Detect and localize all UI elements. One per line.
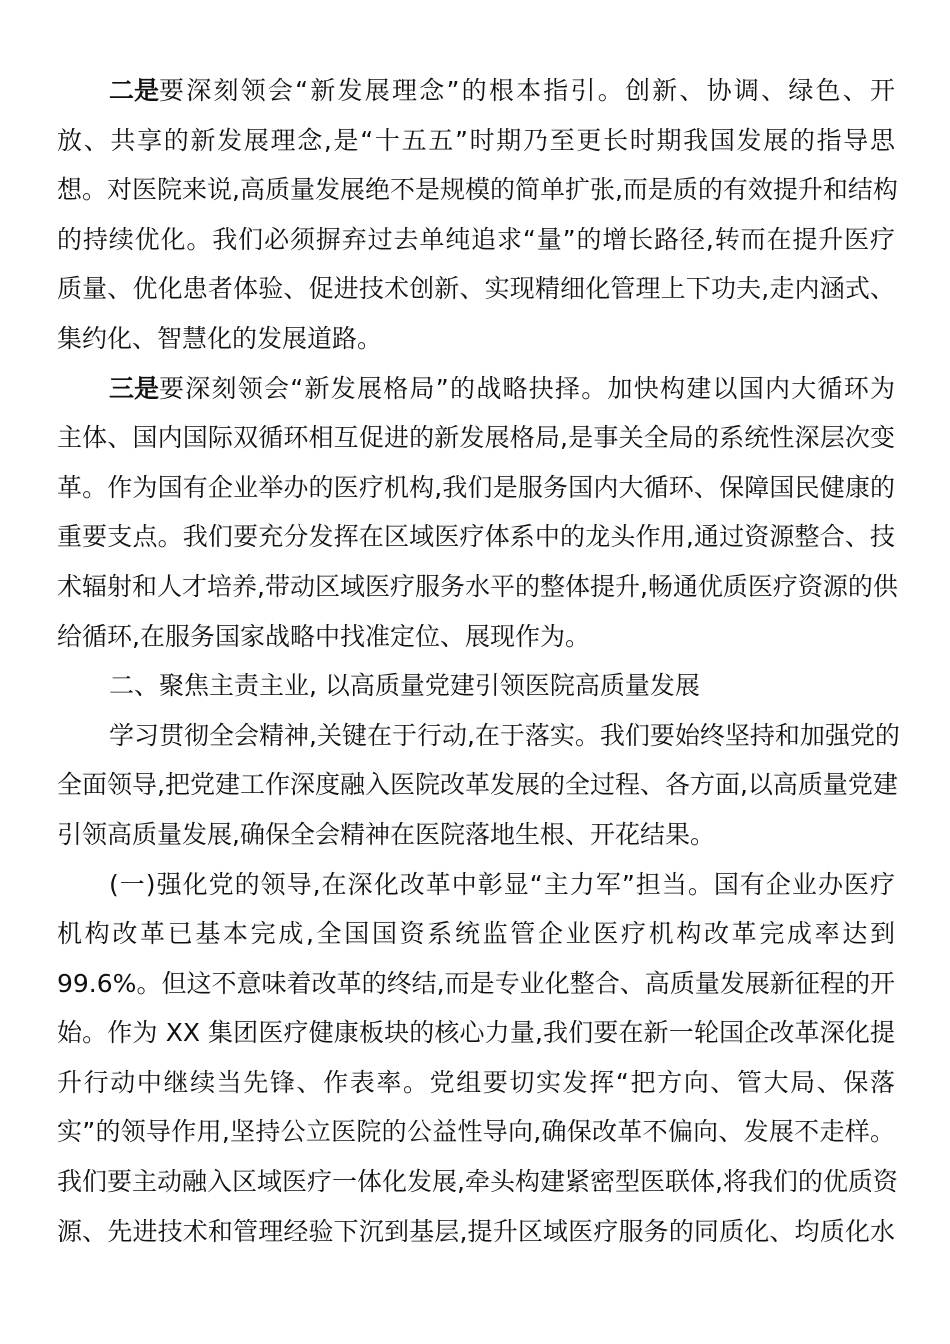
text-line: 给循环,在服务国家战略中找准定位、展现作为。 bbox=[57, 612, 895, 662]
text-line: 二是要深刻领会“新发展理念”的根本指引。创新、协调、绿色、开 bbox=[57, 66, 895, 116]
line-text: 要深刻领会“新发展理念”的根本指引。创新、协调、绿色、开 bbox=[159, 66, 895, 116]
text-line: 集约化、智慧化的发展道路。 bbox=[57, 314, 895, 364]
line-text: 革。作为国有企业举办的医疗机构,我们是服务国内大循环、保障国民健康的 bbox=[57, 463, 895, 513]
text-line: 引领高质量发展,确保全会精神在医院落地生根、开花结果。 bbox=[57, 810, 895, 860]
lead-bold: 二是 bbox=[109, 66, 159, 116]
text-line: 的持续优化。我们必须摒弃过去单纯追求“量”的增长路径,转而在提升医疗 bbox=[57, 215, 895, 265]
line-text: 术辐射和人才培养,带动区域医疗服务水平的整体提升,畅通优质医疗资源的供 bbox=[57, 562, 895, 612]
section-heading: 二、聚焦主责主业, 以高质量党建引领医院高质量发展 bbox=[57, 661, 895, 711]
text-line: 重要支点。我们要充分发挥在区域医疗体系中的龙头作用,通过资源整合、技 bbox=[57, 512, 895, 562]
line-text: 全面领导,把党建工作深度融入医院改革发展的全过程、各方面,以高质量党建 bbox=[57, 760, 895, 810]
text-line: 放、共享的新发展理念,是“十五五”时期乃至更长时期我国发展的指导思 bbox=[57, 116, 895, 166]
line-text: 机构改革已基本完成,全国国资系统监管企业医疗机构改革完成率达到 bbox=[57, 909, 895, 959]
line-text: 集约化、智慧化的发展道路。 bbox=[57, 314, 382, 364]
line-text: 引领高质量发展,确保全会精神在医院落地生根、开花结果。 bbox=[57, 810, 715, 860]
line-text: 实”的领导作用,坚持公立医院的公益性导向,确保改革不偏向、发展不走样。 bbox=[57, 1107, 895, 1157]
text-line: 三是要深刻领会“新发展格局”的战略抉择。加快构建以国内大循环为 bbox=[57, 364, 895, 414]
line-text: 99.6%。但这不意味着改革的终结,而是专业化整合、高质量发展新征程的开 bbox=[57, 959, 895, 1009]
text-line: 质量、优化患者体验、促进技术创新、实现精细化管理上下功夫,走内涵式、 bbox=[57, 264, 895, 314]
text-line: 学习贯彻全会精神,关键在于行动,在于落实。我们要始终坚持和加强党的 bbox=[57, 711, 895, 761]
line-text: 想。对医院来说,高质量发展绝不是规模的简单扩张,而是质的有效提升和结构 bbox=[57, 165, 895, 215]
line-text: 学习贯彻全会精神,关键在于行动,在于落实。我们要始终坚持和加强党的 bbox=[109, 711, 895, 761]
text-line: 全面领导,把党建工作深度融入医院改革发展的全过程、各方面,以高质量党建 bbox=[57, 760, 895, 810]
text-line: 99.6%。但这不意味着改革的终结,而是专业化整合、高质量发展新征程的开 bbox=[57, 959, 895, 1009]
document-page: 二是要深刻领会“新发展理念”的根本指引。创新、协调、绿色、开 放、共享的新发展理… bbox=[57, 66, 895, 1256]
line-text: 主体、国内国际双循环相互促进的新发展格局,是事关全局的系统性深层次变 bbox=[57, 413, 895, 463]
line-text: 放、共享的新发展理念,是“十五五”时期乃至更长时期我国发展的指导思 bbox=[57, 116, 895, 166]
line-text: 重要支点。我们要充分发挥在区域医疗体系中的龙头作用,通过资源整合、技 bbox=[57, 512, 895, 562]
text-line: 机构改革已基本完成,全国国资系统监管企业医疗机构改革完成率达到 bbox=[57, 909, 895, 959]
line-text: 源、先进技术和管理经验下沉到基层,提升区域医疗服务的同质化、均质化水 bbox=[57, 1207, 895, 1257]
lead-bold: 三是 bbox=[109, 364, 159, 414]
para-2-line-1: 三是要深刻领会“新发展格局”的战略抉择。加快构建以国内大循环为 bbox=[109, 364, 895, 414]
text-line: 实”的领导作用,坚持公立医院的公益性导向,确保改革不偏向、发展不走样。 bbox=[57, 1107, 895, 1157]
text-line: 始。作为 XX 集团医疗健康板块的核心力量,我们要在新一轮国企改革深化提 bbox=[57, 1008, 895, 1058]
para-1-line-1: 二是要深刻领会“新发展理念”的根本指引。创新、协调、绿色、开 bbox=[109, 66, 895, 116]
text-line: 术辐射和人才培养,带动区域医疗服务水平的整体提升,畅通优质医疗资源的供 bbox=[57, 562, 895, 612]
text-line: 主体、国内国际双循环相互促进的新发展格局,是事关全局的系统性深层次变 bbox=[57, 413, 895, 463]
text-line: (一)强化党的领导,在深化改革中彰显“主力军”担当。国有企业办医疗 bbox=[57, 860, 895, 910]
line-text: 质量、优化患者体验、促进技术创新、实现精细化管理上下功夫,走内涵式、 bbox=[57, 264, 895, 314]
line-text: 我们要主动融入区域医疗一体化发展,牵头构建紧密型医联体,将我们的优质资 bbox=[57, 1157, 895, 1207]
text-line: 源、先进技术和管理经验下沉到基层,提升区域医疗服务的同质化、均质化水 bbox=[57, 1207, 895, 1257]
text-line: 想。对医院来说,高质量发展绝不是规模的简单扩张,而是质的有效提升和结构 bbox=[57, 165, 895, 215]
heading-text: 二、聚焦主责主业, 以高质量党建引领医院高质量发展 bbox=[109, 661, 700, 711]
line-text: 给循环,在服务国家战略中找准定位、展现作为。 bbox=[57, 612, 590, 662]
text-line: 我们要主动融入区域医疗一体化发展,牵头构建紧密型医联体,将我们的优质资 bbox=[57, 1157, 895, 1207]
line-text: 的持续优化。我们必须摒弃过去单纯追求“量”的增长路径,转而在提升医疗 bbox=[57, 215, 895, 265]
line-text: 始。作为 XX 集团医疗健康板块的核心力量,我们要在新一轮国企改革深化提 bbox=[57, 1008, 895, 1058]
line-text: 要深刻领会“新发展格局”的战略抉择。加快构建以国内大循环为 bbox=[159, 364, 895, 414]
text-line: 革。作为国有企业举办的医疗机构,我们是服务国内大循环、保障国民健康的 bbox=[57, 463, 895, 513]
line-text: (一)强化党的领导,在深化改革中彰显“主力军”担当。国有企业办医疗 bbox=[109, 860, 895, 910]
line-text: 升行动中继续当先锋、作表率。党组要切实发挥“把方向、管大局、保落 bbox=[57, 1058, 895, 1108]
text-line: 升行动中继续当先锋、作表率。党组要切实发挥“把方向、管大局、保落 bbox=[57, 1058, 895, 1108]
